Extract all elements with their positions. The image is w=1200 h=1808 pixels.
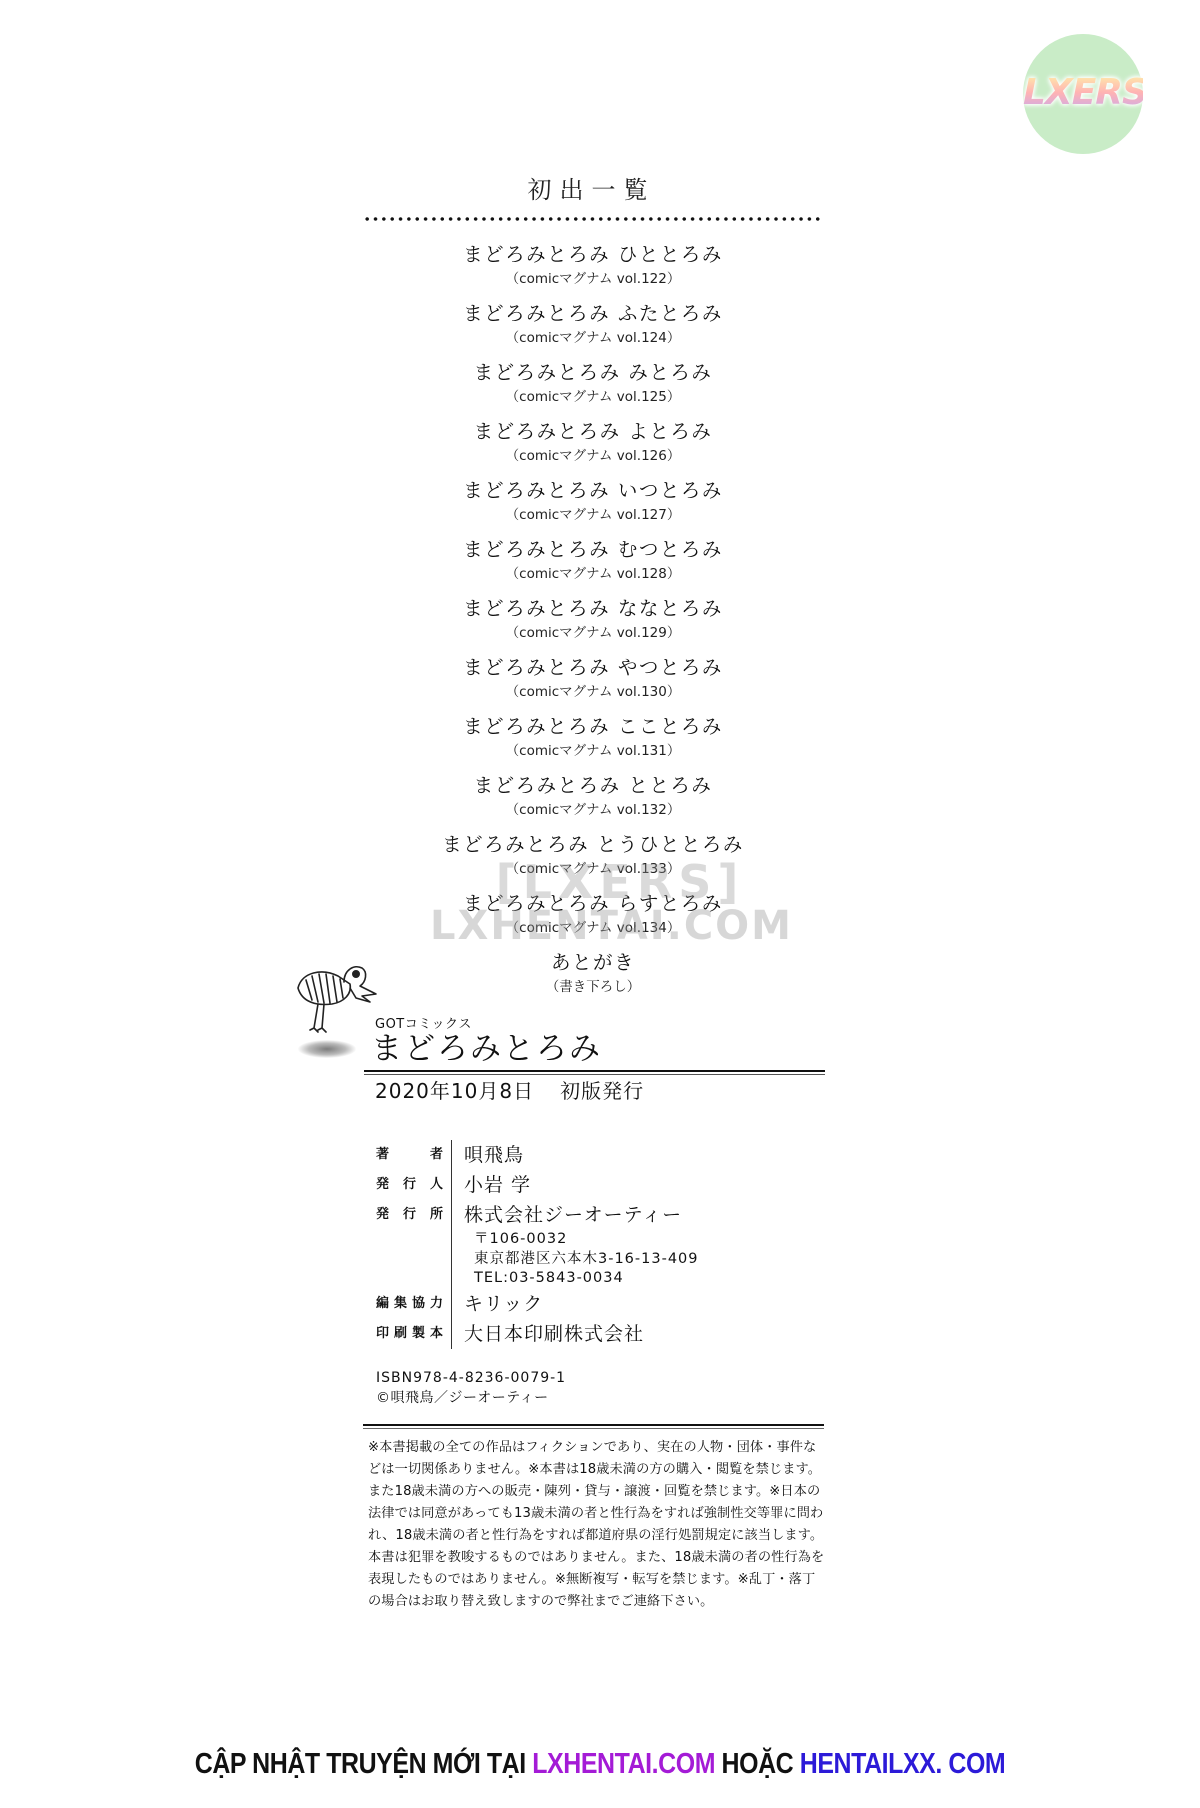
label-char: 力	[430, 1289, 443, 1319]
list-item: まどろみとろみ むつとろみ （comicマグナム vol.128）	[360, 537, 826, 596]
banner-link-hentailxx[interactable]: HENTAILXX. COM	[800, 1748, 1006, 1780]
label-char: 著	[376, 1140, 389, 1170]
list-item: まどろみとろみ ととろみ （comicマグナム vol.132）	[360, 773, 826, 832]
credit-row-printing: 印 刷 製 本 大日本印刷株式会社	[376, 1319, 796, 1349]
list-item: まどろみとろみ やつとろみ （comicマグナム vol.130）	[360, 655, 826, 714]
credit-value: 唄飛鳥	[464, 1140, 524, 1170]
entry-title: まどろみとろみ ななとろみ	[360, 596, 826, 622]
label-char: 者	[430, 1140, 443, 1170]
credit-label: 著 者	[376, 1140, 443, 1170]
credit-value: 大日本印刷株式会社	[464, 1319, 644, 1349]
label-char: 行	[403, 1170, 416, 1200]
entry-title: まどろみとろみ ひととろみ	[360, 242, 826, 268]
label-char: 製	[412, 1319, 425, 1349]
copyright: ©唄飛鳥／ジーオーティー	[376, 1388, 549, 1408]
entry-title: まどろみとろみ いつとろみ	[360, 478, 826, 504]
entry-source: （comicマグナム vol.127）	[360, 504, 826, 526]
list-item: まどろみとろみ いつとろみ （comicマグナム vol.127）	[360, 478, 826, 537]
label-char: 発	[376, 1170, 389, 1200]
credit-row-author: 著 者 唄飛鳥	[376, 1140, 796, 1170]
credit-row-editorial: 編 集 協 力 キリック	[376, 1289, 796, 1319]
section-title: 初出一覧	[0, 170, 1183, 205]
entry-title: まどろみとろみ むつとろみ	[360, 537, 826, 563]
entry-source: （comicマグナム vol.125）	[360, 386, 826, 408]
postal-code: 〒106-0032	[474, 1230, 699, 1250]
edition-label: 初版発行	[560, 1079, 644, 1103]
list-item: まどろみとろみ みとろみ （comicマグナム vol.125）	[360, 360, 826, 419]
label-char: 発	[376, 1200, 389, 1230]
entry-source: （comicマグナム vol.124）	[360, 327, 826, 349]
legal-disclaimer: ※本書掲載の全ての作品はフィクションであり、実在の人物・団体・事件などは一切関係…	[368, 1437, 828, 1613]
watermark-line-1: [LXERS]	[470, 855, 770, 909]
credits-table: 著 者 唄飛鳥 発 行 人 小岩 学 発 行 所 株式会社ジーオーティー 〒10…	[376, 1140, 796, 1349]
list-item: まどろみとろみ ひととろみ （comicマグナム vol.122）	[360, 242, 826, 301]
dotted-divider	[363, 216, 821, 222]
credit-separator	[451, 1319, 452, 1349]
label-char: 印	[376, 1319, 389, 1349]
credit-label: 発 行 所	[376, 1200, 443, 1230]
entry-source: （comicマグナム vol.126）	[360, 445, 826, 467]
entry-title: まどろみとろみ こことろみ	[360, 714, 826, 740]
credit-value: キリック	[464, 1289, 543, 1319]
banner-text-or: HOẶC	[715, 1748, 800, 1780]
list-item: まどろみとろみ よとろみ （comicマグナム vol.126）	[360, 419, 826, 478]
label-char: 協	[412, 1289, 425, 1319]
credit-separator	[451, 1140, 452, 1170]
promo-banner: CẬP NHẬT TRUYỆN MỚI TẠI LXHENTAI.COM HOẶ…	[84, 1748, 1116, 1781]
label-char: 行	[403, 1200, 416, 1230]
credit-separator	[451, 1200, 452, 1289]
entry-source: （comicマグナム vol.128）	[360, 563, 826, 585]
credit-row-publisher-person: 発 行 人 小岩 学	[376, 1170, 796, 1200]
credit-value: 小岩 学	[464, 1170, 531, 1200]
book-title: まどろみとろみ	[371, 1030, 602, 1068]
credit-separator	[451, 1289, 452, 1319]
list-item: まどろみとろみ ふたとろみ （comicマグナム vol.124）	[360, 301, 826, 360]
credit-value: 株式会社ジーオーティー	[464, 1200, 699, 1230]
bird-shadow	[298, 1040, 356, 1058]
publisher-block: 株式会社ジーオーティー 〒106-0032 東京都港区六本木3-16-13-40…	[464, 1200, 699, 1289]
list-item: まどろみとろみ ななとろみ （comicマグナム vol.129）	[360, 596, 826, 655]
entry-source: （comicマグナム vol.132）	[360, 799, 826, 821]
publication-date-line: 2020年10月8日初版発行	[375, 1078, 644, 1104]
list-item: まどろみとろみ こことろみ （comicマグナム vol.131）	[360, 714, 826, 773]
isbn: ISBN978-4-8236-0079-1	[376, 1368, 566, 1388]
bird-illustration-icon	[292, 958, 382, 1038]
entry-title: まどろみとろみ ふたとろみ	[360, 301, 826, 327]
label-char: 刷	[394, 1319, 407, 1349]
entry-title: まどろみとろみ みとろみ	[360, 360, 826, 386]
credit-separator	[451, 1170, 452, 1200]
entry-title: あとがき	[360, 950, 826, 976]
lxers-logo: LXERS	[1023, 34, 1143, 154]
publication-date: 2020年10月8日	[375, 1079, 534, 1103]
credit-label: 印 刷 製 本	[376, 1319, 443, 1349]
disclaimer-rule	[363, 1424, 824, 1429]
credit-label: 編 集 協 力	[376, 1289, 443, 1319]
address: 東京都港区六本木3-16-13-409	[474, 1250, 699, 1270]
logo-text: LXERS	[1023, 72, 1143, 113]
entry-title: まどろみとろみ よとろみ	[360, 419, 826, 445]
entry-source: （comicマグナム vol.131）	[360, 740, 826, 762]
watermark-line-2: LXHENTAI.COM	[430, 903, 770, 949]
entry-source: （書き下ろし）	[360, 976, 826, 998]
banner-link-lxhentai[interactable]: LXHENTAI.COM	[532, 1748, 715, 1780]
credit-label: 発 行 人	[376, 1170, 443, 1200]
title-rule	[364, 1070, 825, 1075]
phone: TEL:03-5843-0034	[474, 1269, 699, 1289]
entry-title: まどろみとろみ ととろみ	[360, 773, 826, 799]
entry-title: まどろみとろみ やつとろみ	[360, 655, 826, 681]
entry-source: （comicマグナム vol.129）	[360, 622, 826, 644]
entry-source: （comicマグナム vol.122）	[360, 268, 826, 290]
label-char: 人	[430, 1170, 443, 1200]
label-char: 本	[430, 1319, 443, 1349]
list-item: あとがき （書き下ろし）	[360, 950, 826, 1009]
label-char: 編	[376, 1289, 389, 1319]
label-char: 所	[430, 1200, 443, 1230]
label-char: 集	[394, 1289, 407, 1319]
credit-row-publisher: 発 行 所 株式会社ジーオーティー 〒106-0032 東京都港区六本木3-16…	[376, 1200, 796, 1289]
entry-source: （comicマグナム vol.130）	[360, 681, 826, 703]
banner-text: CẬP NHẬT TRUYỆN MỚI TẠI	[195, 1748, 532, 1780]
